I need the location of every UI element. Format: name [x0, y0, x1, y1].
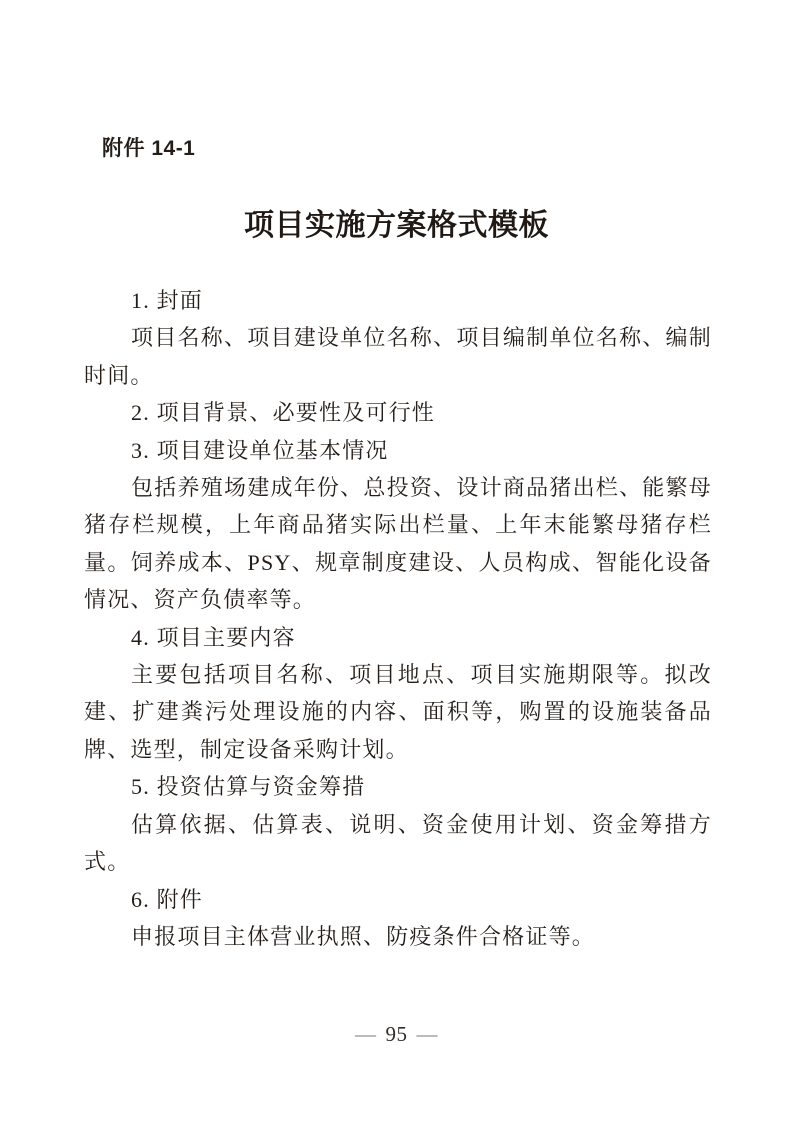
document-page: 附件 14-1 项目实施方案格式模板 1. 封面 项目名称、项目建设单位名称、项… — [0, 0, 793, 1122]
paragraph-section-1-body: 项目名称、项目建设单位名称、项目编制单位名称、编制时间。 — [84, 319, 712, 394]
paragraph-section-4: 4. 项目主要内容 — [84, 619, 712, 656]
attachment-label: 附件 14-1 — [102, 132, 195, 162]
document-title: 项目实施方案格式模板 — [0, 200, 793, 244]
paragraph-section-3: 3. 项目建设单位基本情况 — [84, 432, 712, 469]
paragraph-section-5-body: 估算依据、估算表、说明、资金使用计划、资金筹措方式。 — [84, 806, 712, 881]
paragraph-section-2: 2. 项目背景、必要性及可行性 — [84, 394, 712, 431]
document-body: 1. 封面 项目名称、项目建设单位名称、项目编制单位名称、编制时间。 2. 项目… — [84, 282, 712, 955]
page-number: 95 — [386, 1022, 408, 1046]
page-footer: —95— — [0, 1022, 793, 1047]
paragraph-section-6-body: 申报项目主体营业执照、防疫条件合格证等。 — [84, 918, 712, 955]
paragraph-section-6: 6. 附件 — [84, 881, 712, 918]
paragraph-section-4-body: 主要包括项目名称、项目地点、项目实施期限等。拟改建、扩建粪污处理设施的内容、面积… — [84, 656, 712, 768]
paragraph-section-3-body: 包括养殖场建成年份、总投资、设计商品猪出栏、能繁母猪存栏规模，上年商品猪实际出栏… — [84, 469, 712, 619]
footer-dash-left: — — [355, 1022, 377, 1046]
footer-dash-right: — — [417, 1022, 439, 1046]
paragraph-section-1: 1. 封面 — [84, 282, 712, 319]
paragraph-section-5: 5. 投资估算与资金筹措 — [84, 768, 712, 805]
